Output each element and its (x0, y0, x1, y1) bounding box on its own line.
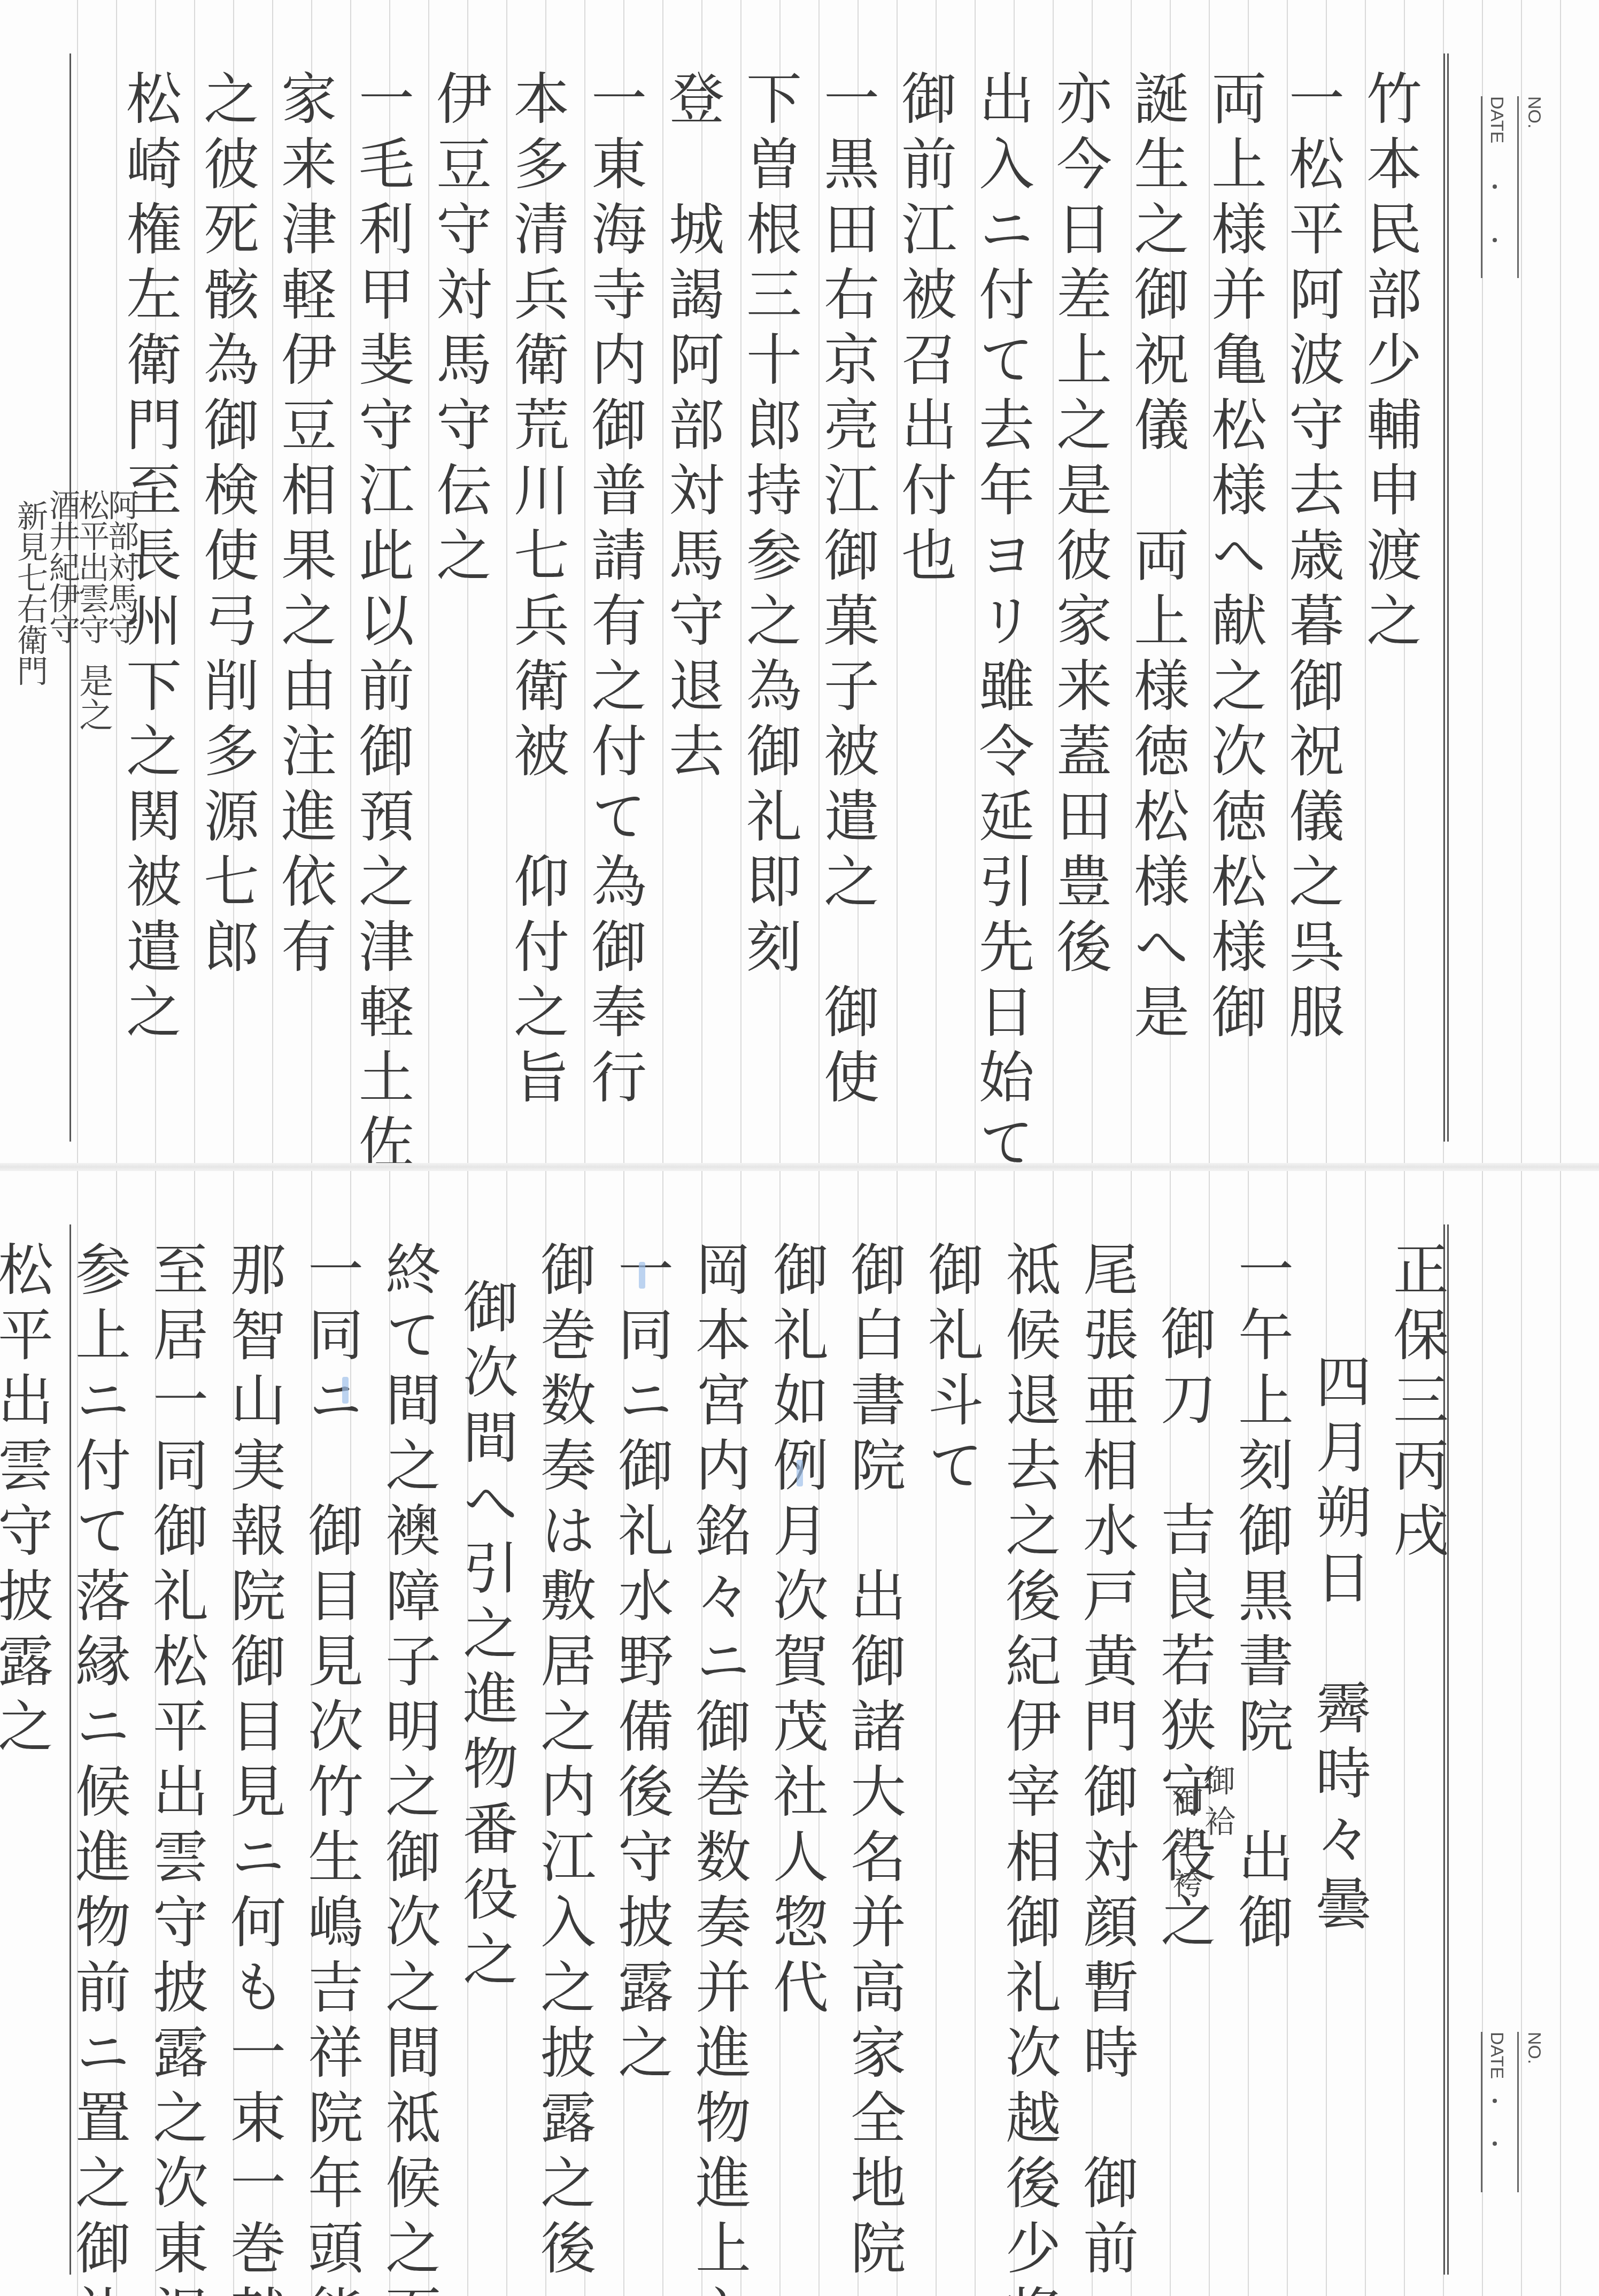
date-separator-dot (1493, 238, 1497, 242)
page-gutter (0, 1163, 1599, 1171)
notebook-page-bottom: NO. DATE 正保三丙戌 四月朔日 霽時々曇 一午上刻御黒書院 出御 御袷 … (0, 1171, 1599, 2296)
page-header-fields: NO. DATE (1481, 2027, 1556, 2219)
no-label: NO. (1524, 2032, 1544, 2064)
text-column: 御前江被召出付也 (875, 0, 952, 1163)
outfit-note: 御半袴 (1169, 1786, 1201, 1908)
date-separator-dot (1493, 2099, 1497, 2103)
text-column: 終て間之襖障子明之御次之間祗候之面々 (359, 1171, 436, 2296)
text-column: 伊豆守対馬守伝之 (410, 0, 487, 1163)
text-column: 一松平阿波守去歳暮御祝儀之呉服 (1262, 0, 1340, 1163)
date-separator-dot (1493, 184, 1497, 189)
text-column: 亦今日差上之是彼家来蓋田豊後 (1030, 0, 1107, 1163)
notebook-page-top: NO. DATE 竹本民部少輔申渡之 一松平阿波守去歳暮御祝儀之呉服 両上様并亀… (0, 0, 1599, 1163)
text-columns: 竹本民部少輔申渡之 一松平阿波守去歳暮御祝儀之呉服 両上様并亀松様へ献之次徳松様… (99, 0, 1417, 1163)
header-double-rule (1443, 53, 1449, 1142)
text-column: 本多清兵衛荒川七兵衛被 仰付之旨 (487, 0, 565, 1163)
date-separator-dot (1493, 2141, 1497, 2146)
page-header-fields: NO. DATE (1481, 91, 1556, 283)
blue-highlight-mark (797, 1460, 803, 1486)
text-column: 之彼死骸為御検使弓削多源七郎 (177, 0, 254, 1163)
blue-highlight-mark (639, 1262, 645, 1289)
entry-date-weather: 四月朔日 霽時々曇 (1289, 1171, 1366, 2296)
text-column: 一同ニ御礼水野備後守披露之 (591, 1171, 669, 2296)
text-column: 竹本民部少輔申渡之 (1340, 0, 1417, 1163)
text-column: 御刀 吉良若狭守役之 (1134, 1171, 1211, 2296)
text-column: 至居一同御礼松平出雲守披露之次東沢平蔵 (126, 1171, 204, 2296)
text-column: 誕生之御祝儀 両上様徳松様へ是 (1107, 0, 1185, 1163)
text-column: 御巻数奏は敷居之内江入之披露之後 (514, 1171, 591, 2296)
date-label: DATE (1486, 2032, 1507, 2079)
text-column: 一黒田右京亮江御菓子被遣之 御使 (797, 0, 875, 1163)
text-column: 祗候退去之後紀伊宰相御礼次越後少将 (979, 1171, 1056, 2296)
text-column: 岡本宮内銘々ニ御巻数奏并進物進上之 (669, 1171, 746, 2296)
text-column: 松平出雲守披露之 (0, 1171, 49, 2296)
text-column: 一毛利甲斐守江此以前御預之津軽土佐守 (332, 0, 410, 1163)
text-column: 一東海寺内御普請有之付て為御奉行 (565, 0, 642, 1163)
text-column: 出入ニ付て去年ヨリ雖令延引先日始て (952, 0, 1030, 1163)
text-column: 一同ニ 御目見次竹生嶋吉祥院年頭能野 (281, 1171, 359, 2296)
text-column: 那智山実報院御目見ニ何も一束一巻献之 (204, 1171, 281, 2296)
entry-title: 正保三丙戌 (1366, 1171, 1444, 2296)
text-column: 両上様并亀松様へ献之次徳松様御 (1185, 0, 1262, 1163)
no-underline (1517, 2032, 1519, 2192)
text-column: 下曽根三十郎持参之為御礼即刻 (720, 0, 797, 1163)
no-label: NO. (1524, 96, 1544, 128)
blue-highlight-mark (342, 1377, 349, 1404)
text-column: 御次間へ引之進物番役之 (436, 1171, 514, 2296)
text-column: 家来津軽伊豆相果之由注進依有 (254, 0, 332, 1163)
date-label: DATE (1486, 96, 1507, 143)
text-columns: 正保三丙戌 四月朔日 霽時々曇 一午上刻御黒書院 出御 御袷 御半袴 御刀 吉良… (0, 1171, 1444, 2296)
text-column: 御礼斗て (901, 1171, 979, 2296)
no-underline (1517, 96, 1519, 278)
text-column: 一午上刻御黒書院 出御 御袷 御半袴 (1211, 1171, 1289, 2296)
annotation-suffix: 是之 (75, 663, 111, 731)
text-column: 御白書院 出御諸大名并高家全地院 (824, 1171, 901, 2296)
outfit-note: 御袷 (1201, 1765, 1233, 1846)
text-column: 尾張亜相水戸黄門御対顔暫時 御前 (1056, 1171, 1134, 2296)
annotation-name: 酒井紀伊守 (45, 489, 78, 644)
text-column: 参上ニ付て落縁ニ候進物前ニ置之御礼申上之 (49, 1171, 126, 2296)
date-underline (1481, 2032, 1482, 2192)
date-underline (1481, 96, 1482, 278)
text-column: 御礼如例月次賀茂社人惣代 (746, 1171, 824, 2296)
text-column: 登 城謁阿部対馬守退去 (642, 0, 720, 1163)
annotation-name: 新見七右衛門 (13, 500, 46, 686)
